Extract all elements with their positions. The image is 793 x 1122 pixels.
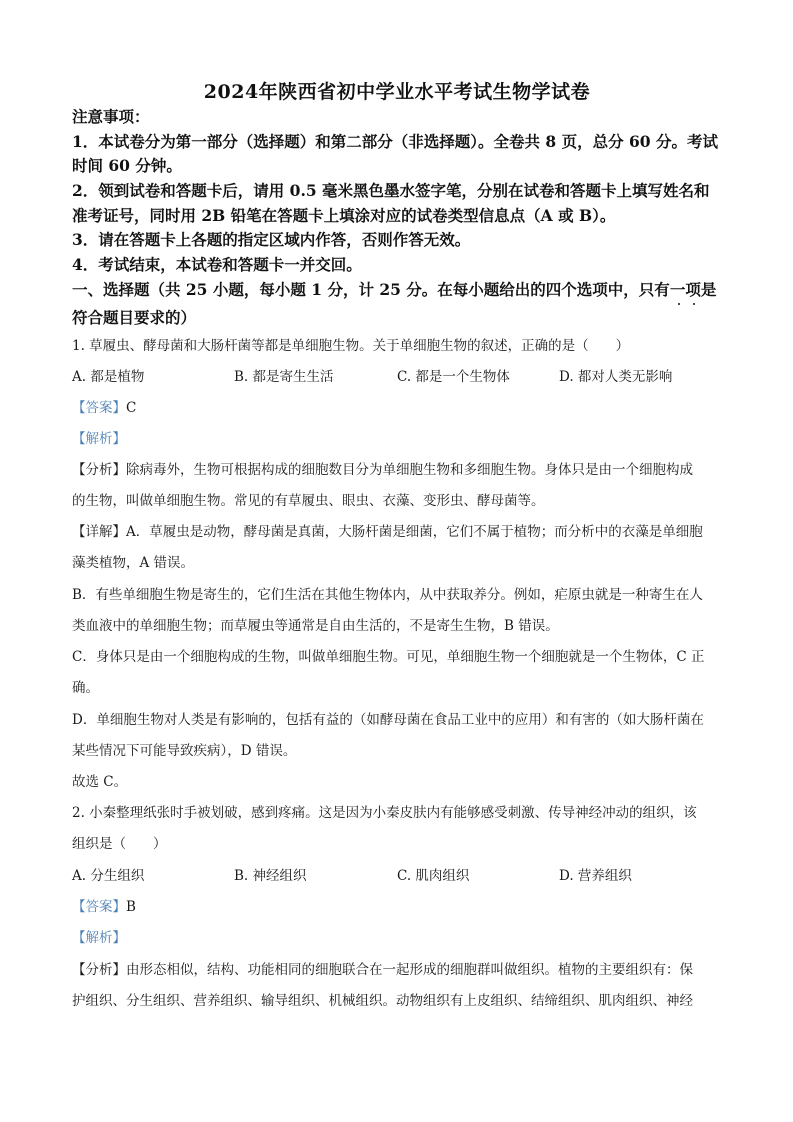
section-heading-text: 一、选择题（共 25 小题，每小题 1 分，计 25 分。在每小题给出的四个选项… [72, 280, 670, 299]
fenxi-text: 除病毒外，生物可根据构成的细胞数目分为单细胞生物和多细胞生物。身体只是由一个细胞… [126, 462, 693, 478]
answer-label: 【答案】 [72, 899, 126, 915]
fenxi-text: 由形态相似，结构、功能相同的细胞联合在一起形成的细胞群叫做组织。植物的主要组织有… [126, 962, 693, 978]
q1-answer: 【答案】C [72, 398, 136, 418]
q1-option-c: C. 都是一个生物体 [397, 367, 510, 387]
q2-answer: 【答案】B [72, 897, 136, 917]
q1-detail-d-cont: 某些情况下可能导致疾病），D 错误。 [72, 741, 296, 761]
q1-fenxi-cont: 的生物，叫做单细胞生物。常见的有草履虫、眼虫、衣藻、变形虫、酵母菌等。 [72, 491, 545, 511]
q2-fenxi: 【分析】由形态相似，结构、功能相同的细胞联合在一起形成的细胞群叫做组织。植物的主… [72, 960, 693, 980]
analysis-label: 【解析】 [72, 431, 126, 447]
q1-detail-c-cont: 确。 [72, 678, 99, 698]
notice-item: 3．请在答题卡上各题的指定区域内作答，否则作答无效。 [72, 230, 470, 250]
fenxi-label: 【分析】 [72, 962, 126, 978]
question-2-stem: 2. 小秦整理纸张时手被划破，感到疼痛。这是因为小秦皮肤内有能够感受刺激、传导神… [72, 803, 697, 823]
q2-fenxi-cont: 护组织、分生组织、营养组织、输导组织、机械组织。动物组织有上皮组织、结缔组织、肌… [72, 991, 693, 1011]
q1-detail-b-cont: 类血液中的单细胞生物；而草履虫等通常是自由生活的，不是寄生生物，B 错误。 [72, 616, 559, 636]
answer-label: 【答案】 [72, 400, 126, 416]
notice-item: 1．本试卷分为第一部分（选择题）和第二部分（非选择题）。全卷共 8 页，总分 6… [72, 132, 718, 152]
q1-detail-b: B．有些单细胞生物是寄生的，它们生活在其他生物体内，从中获取养分。例如，疟原虫就… [72, 585, 703, 605]
detail-text: A．草履虫是动物，酵母菌是真菌，大肠杆菌是细菌，它们不属于植物；而分析中的衣藻是… [126, 524, 703, 540]
q2-option-d: D. 营养组织 [559, 866, 632, 886]
q2-option-b: B. 神经组织 [234, 866, 307, 886]
section-heading-text: 是 [701, 280, 717, 299]
answer-value: B [126, 899, 136, 915]
emphasis-char: 一 [670, 280, 686, 299]
section-heading-cont: 符合题目要求的） [72, 308, 196, 328]
answer-value: C [126, 400, 136, 416]
q2-option-a: A. 分生组织 [72, 866, 144, 886]
notice-heading: 注意事项： [72, 107, 150, 127]
notice-item: 时间 60 分钟。 [72, 156, 182, 176]
section-heading: 一、选择题（共 25 小题，每小题 1 分，计 25 分。在每小题给出的四个选项… [72, 280, 716, 300]
q1-detail-c: C．身体只是由一个细胞构成的生物，叫做单细胞生物。可见，单细胞生物一个细胞就是一… [72, 647, 704, 667]
q1-detail: 【详解】A．草履虫是动物，酵母菌是真菌，大肠杆菌是细菌，它们不属于植物；而分析中… [72, 522, 703, 542]
question-1-stem: 1. 草履虫、酵母菌和大肠杆菌等都是单细胞生物。关于单细胞生物的叙述，正确的是（… [72, 336, 629, 356]
q2-option-c: C. 肌肉组织 [397, 866, 469, 886]
emphasis-char: 项 [685, 280, 701, 299]
q1-option-a: A. 都是植物 [72, 367, 144, 387]
q1-option-d: D. 都对人类无影响 [559, 367, 672, 387]
notice-item: 4．考试结束，本试卷和答题卡一并交回。 [72, 255, 362, 275]
q1-analysis-label: 【解析】 [72, 429, 126, 449]
q1-fenxi: 【分析】除病毒外，生物可根据构成的细胞数目分为单细胞生物和多细胞生物。身体只是由… [72, 460, 693, 480]
notice-item: 2．领到试卷和答题卡后，请用 0.5 毫米黑色墨水签字笔，分别在试卷和答题卡上填… [72, 181, 710, 201]
detail-label: 【详解】 [72, 524, 126, 540]
q1-detail-a-cont: 藻类植物，A 错误。 [72, 553, 194, 573]
page-title: 2024年陕西省初中学业水平考试生物学试卷 [72, 77, 722, 104]
notice-item: 准考证号，同时用 2B 铅笔在答题卡上填涂对应的试卷类型信息点（A 或 B）。 [72, 206, 615, 226]
q2-analysis-label: 【解析】 [72, 928, 126, 948]
q1-conclusion: 故选 C。 [72, 772, 127, 792]
q1-detail-d: D．单细胞生物对人类是有影响的，包括有益的（如酵母菌在食品工业中的应用）和有害的… [72, 710, 704, 730]
q1-option-b: B. 都是寄生生活 [234, 367, 334, 387]
analysis-label: 【解析】 [72, 930, 126, 946]
question-2-stem-cont: 组织是（ ） [72, 834, 167, 854]
fenxi-label: 【分析】 [72, 462, 126, 478]
